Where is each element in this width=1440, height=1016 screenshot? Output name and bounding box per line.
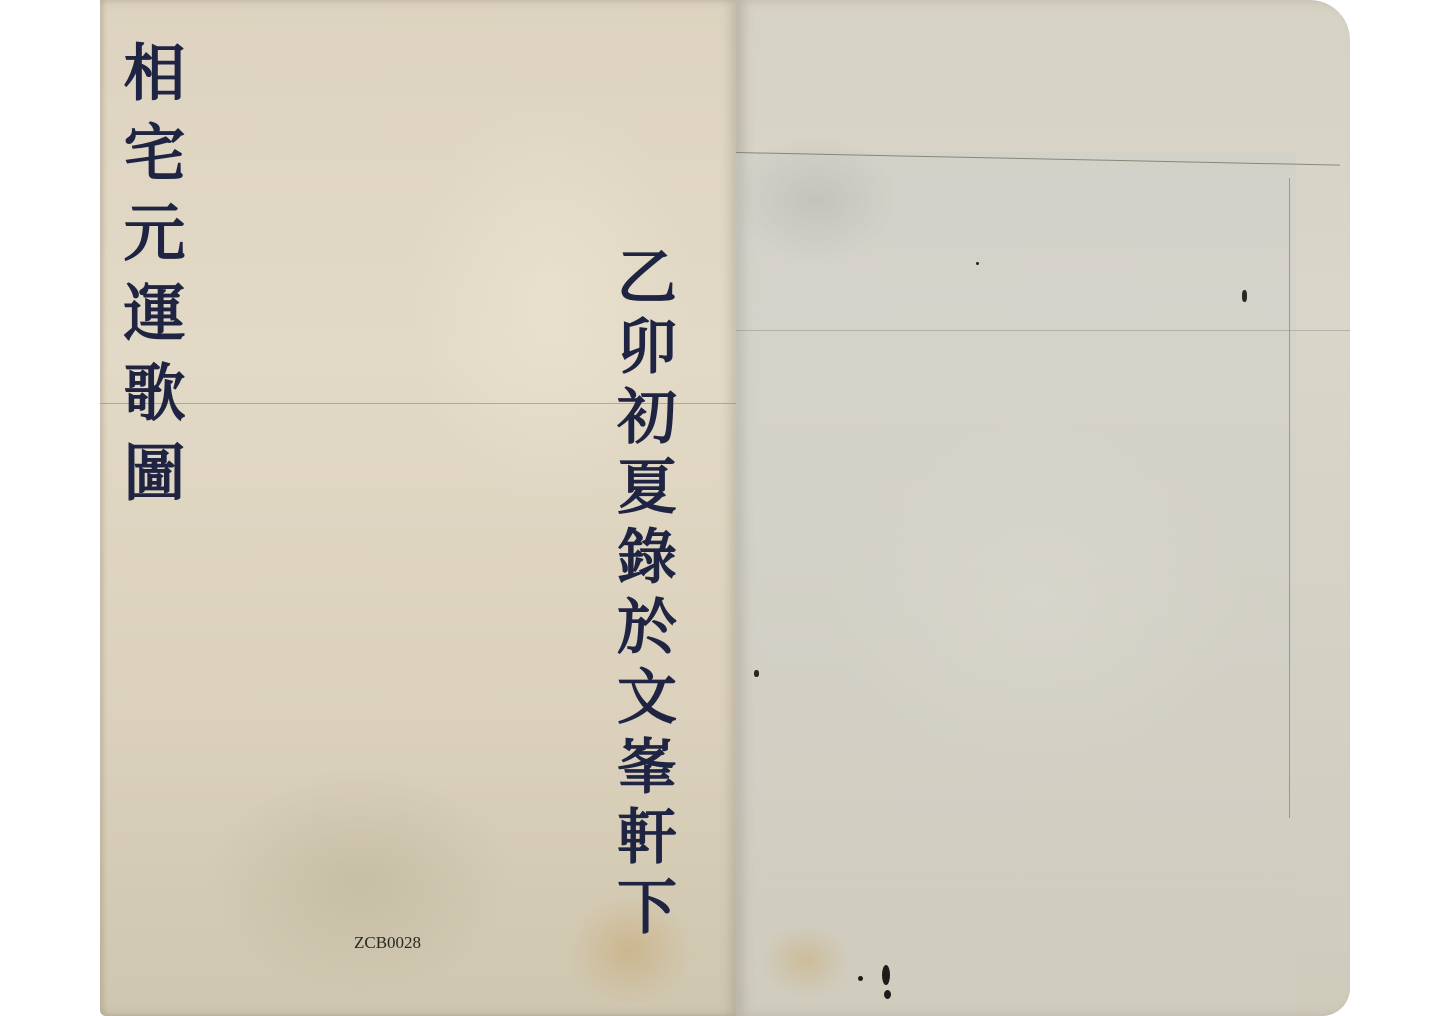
catalog-number: ZCB0028: [354, 933, 421, 953]
ink-blot: [884, 990, 891, 999]
fold-crease-middle: [736, 330, 1350, 331]
ink-blot: [858, 976, 863, 981]
dedication-inscription: 乙卯初夏錄於文峯軒下: [612, 245, 672, 945]
fold-crease-vertical: [1289, 178, 1290, 818]
ink-speck: [976, 262, 979, 265]
manuscript-title: 相宅元運歌圖: [118, 40, 180, 520]
inner-sheet: [736, 152, 1296, 1016]
ink-speck: [1242, 290, 1247, 302]
ink-speck: [754, 670, 759, 677]
ink-blot: [882, 965, 890, 985]
manuscript-scan: 相宅元運歌圖 乙卯初夏錄於文峯軒下 ZCB0028: [0, 0, 1440, 1016]
right-page: [736, 0, 1350, 1016]
